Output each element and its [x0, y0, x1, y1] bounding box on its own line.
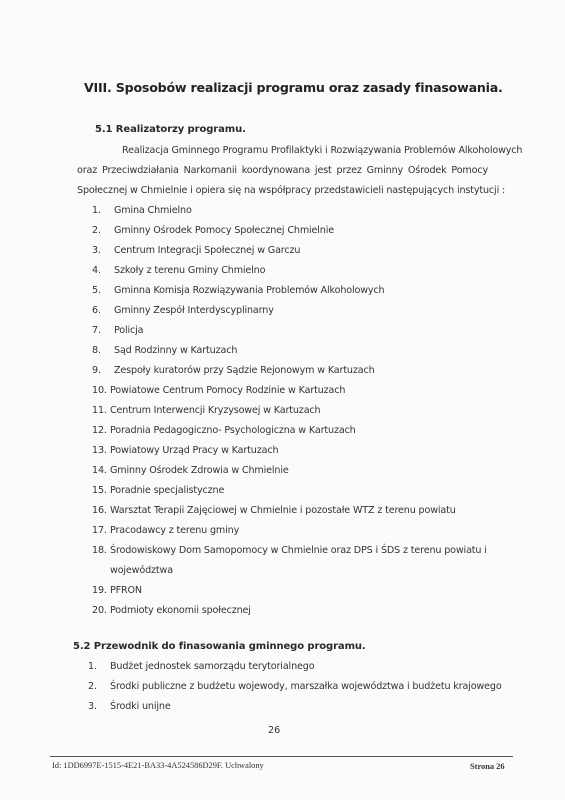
list-item-text: PFRON — [110, 585, 142, 596]
list-item: 3.Centrum Integracji Społecznej w Garczu — [92, 245, 300, 256]
list-item-number: 16. — [92, 505, 110, 516]
list-item-text: Budżet jednostek samorządu terytorialneg… — [110, 661, 314, 672]
list-item-number: 3. — [88, 701, 110, 712]
list-item-text: Podmioty ekonomii społecznej — [110, 605, 251, 616]
list-item-text: Gminny Zespół Interdyscyplinarny — [114, 305, 274, 316]
document-page: VIII. Sposobów realizacji programu oraz … — [0, 0, 565, 800]
list-item: 14.Gminny Ośrodek Zdrowia w Chmielnie — [92, 465, 289, 476]
paragraph-line-1: Realizacja Gminnego Programu Profilaktyk… — [122, 145, 522, 156]
list-item: 7.Policja — [92, 325, 143, 336]
list-item-text: Środki publiczne z budżetu wojewody, mar… — [110, 681, 502, 692]
page-number: 26 — [268, 725, 280, 736]
list-item-number: 6. — [92, 305, 114, 316]
list-item-number: 1. — [88, 661, 110, 672]
list-item-text: Policja — [114, 325, 143, 336]
list-item-number: 17. — [92, 525, 110, 536]
list-item: 13.Powiatowy Urząd Pracy w Kartuzach — [92, 445, 278, 456]
list-item-text: Centrum Interwencji Kryzysowej w Kartuza… — [110, 405, 320, 416]
list-item-text: Poradnia Pedagogiczno- Psychologiczna w … — [110, 425, 356, 436]
list-item-text: Warsztat Terapii Zajęciowej w Chmielnie … — [110, 505, 456, 516]
list-item: 5.Gminna Komisja Rozwiązywania Problemów… — [92, 285, 384, 296]
list-item-text: Pracodawcy z terenu gminy — [110, 525, 239, 536]
list-item: 8.Sąd Rodzinny w Kartuzach — [92, 345, 237, 356]
list-item-text: Gminny Ośrodek Zdrowia w Chmielnie — [110, 465, 289, 476]
list-item-number: 12. — [92, 425, 110, 436]
list-item: 2.Środki publiczne z budżetu wojewody, m… — [88, 681, 502, 692]
paragraph-line-3: Społecznej w Chmielnie i opiera się na w… — [77, 185, 505, 196]
list-item-number: 15. — [92, 485, 110, 496]
list-item-number: 20. — [92, 605, 110, 616]
list-item-number: 7. — [92, 325, 114, 336]
list-item-text: Sąd Rodzinny w Kartuzach — [114, 345, 237, 356]
list-item-number: 19. — [92, 585, 110, 596]
list-item-text: Gminna Komisja Rozwiązywania Problemów A… — [114, 285, 384, 296]
paragraph-line-2: oraz Przeciwdziałania Narkomanii koordyn… — [77, 165, 488, 176]
list-item: 18.Środowiskowy Dom Samopomocy w Chmieln… — [92, 545, 480, 556]
list-item-text: Gmina Chmielno — [114, 205, 192, 216]
list-item-text: Gminny Ośrodek Pomocy Społecznej Chmieln… — [114, 225, 334, 236]
list-item: 4.Szkoły z terenu Gminy Chmielno — [92, 265, 265, 276]
list-item: 3.Środki unijne — [88, 701, 171, 712]
list-item-text: Środowiskowy Dom Samopomocy w Chmielnie … — [110, 545, 480, 556]
list-item: 20.Podmioty ekonomii społecznej — [92, 605, 251, 616]
list-item: 9.Zespoły kuratorów przy Sądzie Rejonowy… — [92, 365, 375, 376]
list-item: 16.Warsztat Terapii Zajęciowej w Chmieln… — [92, 505, 456, 516]
list-item: 11.Centrum Interwencji Kryzysowej w Kart… — [92, 405, 320, 416]
list-item-number: 4. — [92, 265, 114, 276]
list-item-text: Zespoły kuratorów przy Sądzie Rejonowym … — [114, 365, 375, 376]
list-item-number: 2. — [88, 681, 110, 692]
list-item-number: 5. — [92, 285, 114, 296]
list-item-number: 2. — [92, 225, 114, 236]
list-item-text: Centrum Integracji Społecznej w Garczu — [114, 245, 300, 256]
list-item: 12.Poradnia Pedagogiczno- Psychologiczna… — [92, 425, 356, 436]
list-item-text: Szkoły z terenu Gminy Chmielno — [114, 265, 265, 276]
list-item-number: 14. — [92, 465, 110, 476]
list-item-text: Środki unijne — [110, 701, 171, 712]
list-item-text: Powiatowy Urząd Pracy w Kartuzach — [110, 445, 278, 456]
list-item: 17.Pracodawcy z terenu gminy — [92, 525, 239, 536]
list-item: 15.Poradnie specjalistyczne — [92, 485, 224, 496]
list-item: 1.Gmina Chmielno — [92, 205, 192, 216]
list-item-number: 10. — [92, 385, 110, 396]
list-item-continuation: województwa — [110, 565, 173, 576]
list-item: 10.Powiatowe Centrum Pomocy Rodzinie w K… — [92, 385, 345, 396]
list-item-number: 9. — [92, 365, 114, 376]
footer-divider — [50, 756, 513, 757]
footer-page-label: Strona 26 — [470, 762, 505, 771]
section-title: VIII. Sposobów realizacji programu oraz … — [84, 80, 503, 95]
list-item: 2.Gminny Ośrodek Pomocy Społecznej Chmie… — [92, 225, 334, 236]
subsection-title-realizatorzy: 5.1 Realizatorzy programu. — [95, 124, 246, 135]
footer-document-id: Id: 1DD6997E-1515-4E21-BA33-4A524586D29F… — [52, 761, 264, 770]
list-item-number: 8. — [92, 345, 114, 356]
list-item-number: 1. — [92, 205, 114, 216]
list-item-number: 3. — [92, 245, 114, 256]
list-item-text: Poradnie specjalistyczne — [110, 485, 224, 496]
list-item-number: 11. — [92, 405, 110, 416]
subsection-title-finansowanie: 5.2 Przewodnik do finasowania gminnego p… — [73, 641, 366, 652]
list-item-number: 13. — [92, 445, 110, 456]
list-item-number: 18. — [92, 545, 110, 556]
list-item: 1.Budżet jednostek samorządu terytorialn… — [88, 661, 314, 672]
list-item-text: Powiatowe Centrum Pomocy Rodzinie w Kart… — [110, 385, 345, 396]
list-item: 6.Gminny Zespół Interdyscyplinarny — [92, 305, 274, 316]
list-item: 19.PFRON — [92, 585, 142, 596]
